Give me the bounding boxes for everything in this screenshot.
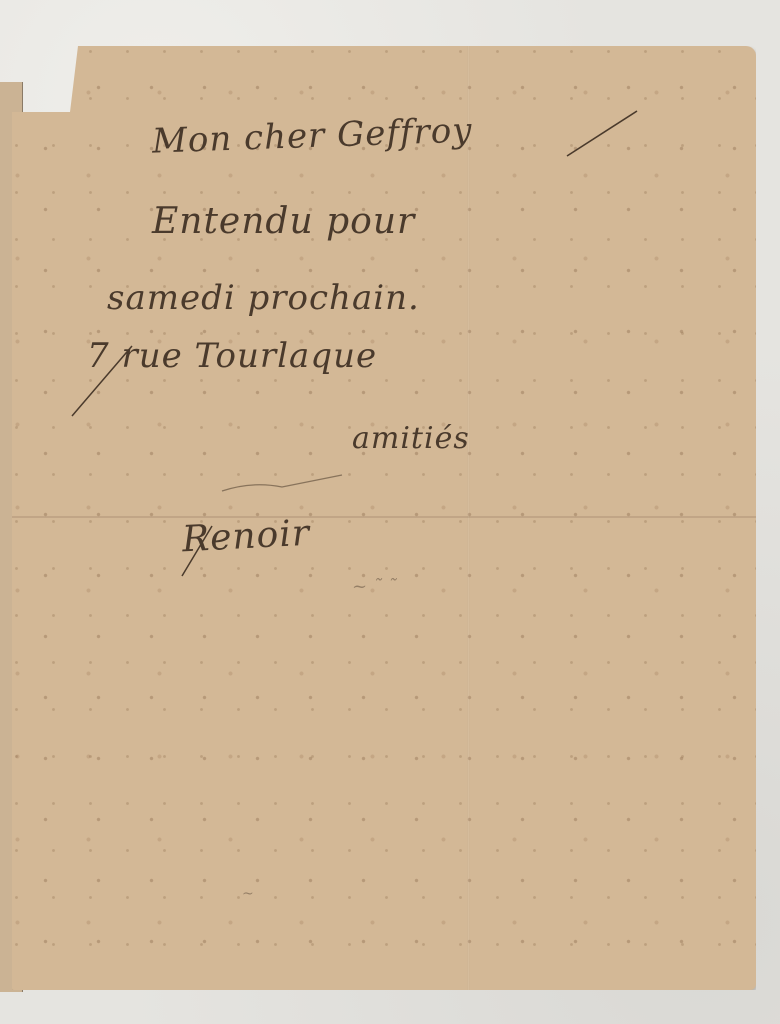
show-through-mark: ~ [242,886,254,902]
body-line-3: 7 rue Tourlaque [87,336,377,376]
letter-sheet: Mon cher Geffroy Entendu pour samedi pro… [12,46,756,990]
body-line-1: Entendu pour [152,201,415,242]
body-line-2: samedi prochain. [107,278,420,318]
signature: Renoir [181,513,311,561]
show-through-mark: ~ ˜ ˜ [352,576,397,597]
pen-flourishes [12,46,756,990]
closing: amitiés [352,421,470,456]
